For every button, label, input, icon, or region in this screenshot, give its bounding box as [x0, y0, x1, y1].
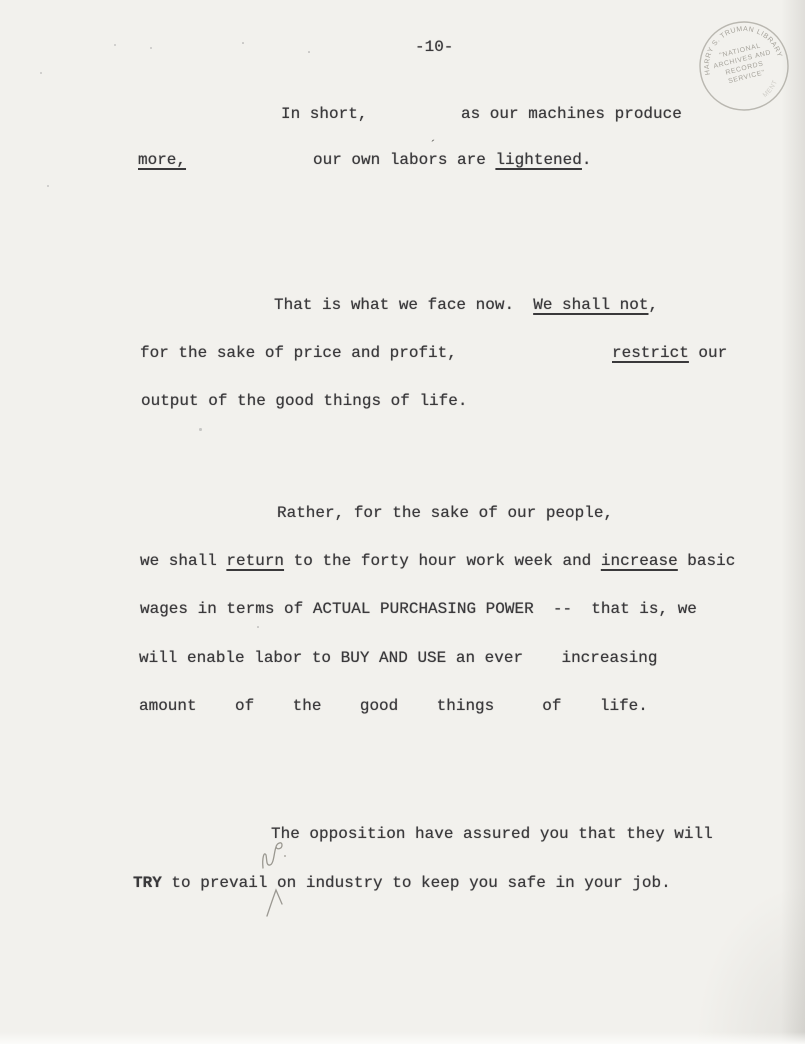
typed-line-4: for the sake of price and profit, restri…: [0, 344, 805, 366]
text-segment: We shall not: [533, 296, 648, 314]
typed-line-5: output of the good things of life.: [0, 392, 805, 414]
handwritten-up-mark: [263, 843, 282, 868]
text-segment: That is what we face now.: [274, 296, 533, 314]
typed-line-3: That is what we face now. We shall not,: [0, 296, 805, 318]
page-number: -10-: [415, 38, 453, 56]
text-segment: The opposition have assured you that the…: [271, 825, 713, 843]
typed-line-8: wages in terms of ACTUAL PURCHASING POWE…: [0, 600, 805, 622]
text-segment: will enable labor to BUY AND USE an ever…: [139, 649, 657, 667]
typed-line-10: amount of the good things of life.: [0, 697, 805, 719]
text-segment: wages in terms of ACTUAL PURCHASING POWE…: [140, 600, 697, 618]
typed-line-2: more, our own labors are lightened.: [0, 151, 805, 173]
text-segment: In short,: [281, 105, 367, 123]
text-segment: .: [582, 151, 592, 169]
text-run: TRY to prevail on industry to keep you s…: [133, 874, 671, 892]
text-segment: as our machines produce: [461, 105, 682, 123]
text-segment: our own labors are: [313, 151, 495, 169]
pencil-insertion-mark: [254, 836, 310, 920]
text-run: restrict our: [612, 344, 727, 362]
text-segment: for the sake of price and profit,: [140, 344, 457, 362]
text-segment: lightened: [495, 151, 581, 169]
typed-line-9: will enable labor to BUY AND USE an ever…: [0, 649, 805, 671]
text-segment: basic: [678, 552, 736, 570]
text-segment: Rather, for the sake of our people,: [277, 504, 613, 522]
typed-line-12: TRY to prevail on industry to keep you s…: [0, 874, 805, 896]
text-segment: our: [689, 344, 727, 362]
text-segment: more,: [138, 151, 186, 169]
text-run: our own labors are lightened.: [313, 151, 591, 169]
typed-line-7: we shall return to the forty hour work w…: [0, 552, 805, 574]
text-segment: ,: [648, 296, 658, 314]
text-segment: amount of the good things of life.: [139, 697, 648, 715]
text-run: That is what we face now. We shall not,: [274, 296, 658, 314]
typed-line-6: Rather, for the sake of our people,: [0, 504, 805, 526]
insertion-caret: [267, 890, 282, 916]
typed-line-1: In short, as our machines produce: [0, 105, 805, 127]
text-segment: return: [226, 552, 284, 570]
document-page: -10- HARRY S. TRUMAN LIBRARY MENT "NATIO…: [0, 0, 805, 1044]
text-segment: TRY: [133, 874, 162, 892]
pencil-dot: [284, 855, 286, 857]
text-segment: increase: [601, 552, 678, 570]
stamp-ring-bottom-fragment: MENT: [759, 78, 782, 100]
text-segment: restrict: [612, 344, 689, 362]
text-segment: output of the good things of life.: [141, 392, 467, 410]
text-segment: to prevail on industry to keep you safe …: [162, 874, 671, 892]
page-edge-bottom: [0, 1032, 805, 1044]
stray-apostrophe-mark: ´: [429, 138, 437, 153]
page-corner-shadow: [695, 884, 805, 1044]
text-run: we shall return to the forty hour work w…: [140, 552, 735, 570]
text-segment: to the forty hour work week and: [284, 552, 601, 570]
typed-line-11: The opposition have assured you that the…: [0, 825, 805, 847]
text-segment: we shall: [140, 552, 226, 570]
stamp-center-text: "NATIONAL ARCHIVES AND RECORDS SERVICE": [711, 40, 776, 87]
